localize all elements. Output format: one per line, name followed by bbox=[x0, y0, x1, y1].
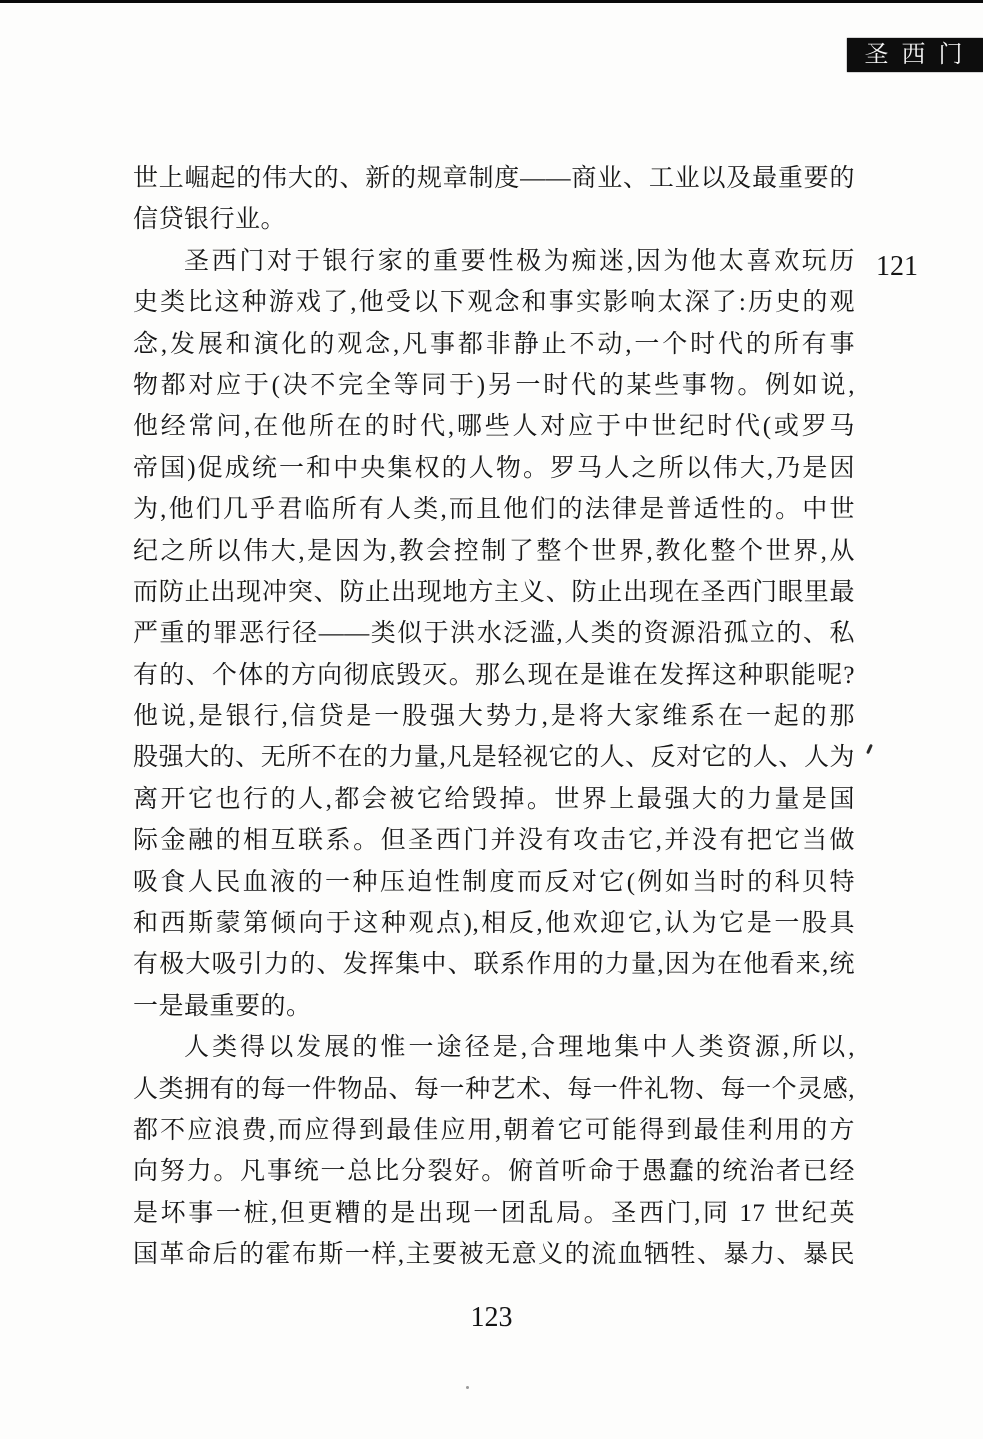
text-line: 而防止出现冲突、防止出现地方主义、防止出现在圣西门眼里最 bbox=[133, 572, 855, 613]
running-head-badge: 圣西门 bbox=[847, 38, 983, 72]
text-line: 一是最重要的。 bbox=[133, 986, 855, 1027]
text-line: 人类拥有的每一件物品、每一种艺术、每一件礼物、每一个灵感, bbox=[133, 1069, 855, 1110]
text-line: 严重的罪恶行径——类似于洪水泛滥,人类的资源沿孤立的、私 bbox=[133, 613, 855, 654]
scan-artifact-speck bbox=[466, 1386, 469, 1389]
text-line: 有极大吸引力的、发挥集中、联系作用的力量,因为在他看来,统 bbox=[133, 944, 855, 985]
text-line: 是坏事一桩,但更糟的是出现一团乱局。圣西门,同 17 世纪英 bbox=[133, 1193, 855, 1234]
book-page: { "page": { "header_badge": "圣西门", "marg… bbox=[0, 0, 983, 1439]
text-line: 股强大的、无所不在的力量,凡是轻视它的人、反对它的人、人为 bbox=[133, 737, 855, 778]
margin-page-number: 121 bbox=[876, 246, 918, 287]
text-line: 信贷银行业。 bbox=[133, 199, 855, 240]
text-line: 国革命后的霍布斯一样,主要被无意义的流血牺牲、暴力、暴民 bbox=[133, 1234, 855, 1275]
text-line: 为,他们几乎君临所有人类,而且他们的法律是普适性的。中世 bbox=[133, 489, 855, 530]
text-line: 都不应浪费,而应得到最佳应用,朝着它可能得到最佳利用的方 bbox=[133, 1110, 855, 1151]
footer-page-number: 123 bbox=[0, 1302, 983, 1334]
text-line: 世上崛起的伟大的、新的规章制度——商业、工业以及最重要的 bbox=[133, 158, 855, 199]
scan-edge-line bbox=[0, 0, 983, 3]
text-line: 吸食人民血液的一种压迫性制度而反对它(例如当时的科贝特 bbox=[133, 862, 855, 903]
text-line: 离开它也行的人,都会被它给毁掉。世界上最强大的力量是国 bbox=[133, 779, 855, 820]
text-line: 有的、个体的方向彻底毁灭。那么现在是谁在发挥这种职能呢? bbox=[133, 655, 855, 696]
text-line: 物都对应于(决不完全等同于)另一时代的某些事物。例如说, bbox=[133, 365, 855, 406]
text-line: 圣西门对于银行家的重要性极为痴迷,因为他太喜欢玩历 bbox=[133, 241, 855, 282]
text-line: 他经常问,在他所在的时代,哪些人对应于中世纪时代(或罗马 bbox=[133, 406, 855, 447]
text-line: 人类得以发展的惟一途径是,合理地集中人类资源,所以, bbox=[133, 1027, 855, 1068]
text-line: 向努力。凡事统一总比分裂好。俯首听命于愚蠢的统治者已经 bbox=[133, 1151, 855, 1192]
text-line: 纪之所以伟大,是因为,教会控制了整个世界,教化整个世界,从 bbox=[133, 531, 855, 572]
text-line: 帝国)促成统一和中央集权的人物。罗马人之所以伟大,乃是因 bbox=[133, 448, 855, 489]
text-line: 和西斯蒙第倾向于这种观点),相反,他欢迎它,认为它是一股具 bbox=[133, 903, 855, 944]
text-line: 际金融的相互联系。但圣西门并没有攻击它,并没有把它当做 bbox=[133, 820, 855, 861]
body-text-block: 世上崛起的伟大的、新的规章制度——商业、工业以及最重要的信贷银行业。圣西门对于银… bbox=[133, 158, 855, 1276]
text-line: 念,发展和演化的观念,凡事都非静止不动,一个时代的所有事 bbox=[133, 324, 855, 365]
text-line: 史类比这种游戏了,他受以下观念和事实影响太深了:历史的观 bbox=[133, 282, 855, 323]
scan-artifact-tick bbox=[866, 744, 873, 754]
text-line: 他说,是银行,信贷是一股强大势力,是将大家维系在一起的那 bbox=[133, 696, 855, 737]
